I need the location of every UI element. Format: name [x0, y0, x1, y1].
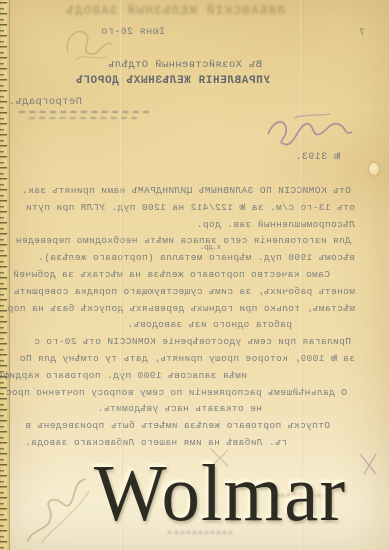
body-line: Отпускъ портоваго желѣза имѣетъ быть про…	[26, 418, 330, 435]
letter-body: Отъ КОМИССІИ ПО ЗАЛИВНЫМЪ ЦИЛИНДРАМЪ нам…	[26, 183, 355, 452]
recipient-department: Въ Хозяйственный Отдѣлъ	[108, 59, 262, 71]
paper-flaw	[369, 163, 379, 175]
wolmar-watermark: Wolmar	[94, 453, 346, 533]
body-line: Лѣсопромышленный зав. дор.	[26, 217, 355, 234]
body-line: Само качество портоваго желѣза на мѣстах…	[26, 267, 330, 284]
body-line: вѣсомъ 1900 пуд. мѣрнаго металла (портов…	[26, 250, 355, 267]
body-line: мѣстамъ, только при годныхъ деревьяхъ до…	[26, 301, 355, 318]
typed-dashed-rule	[19, 111, 149, 113]
ghost-letterhead: ЛИБАВСКІЙ ЖЕЛѢЗНЫЙ ЗАВОДЪ	[65, 3, 285, 18]
body-line: имѣя запасовъ 1900 пуд. портоваго кардиф…	[26, 368, 247, 385]
body-line: О дальнѣйшемъ распоряженіи по сему вопро…	[26, 385, 347, 402]
ink-signature-scribble	[264, 112, 356, 154]
recipient-organization: УПРАВЛЕНІЯ ЖЕЛѢЗНЫХЪ ДОРОГЪ	[76, 75, 270, 87]
body-line: работа одного изъ заводовъ.	[26, 317, 292, 334]
page-number: 7	[359, 28, 365, 39]
body-line: монетъ рабочихъ, за симъ существующаго п…	[26, 284, 355, 301]
body-line: отъ 13-го с/м. за № 122/412 на 1200 пуд.…	[26, 200, 355, 217]
body-line: за № 1009, которое прошу принять, дать т…	[26, 351, 355, 368]
body-line: не отказать насъ увѣдомить.	[26, 401, 262, 418]
scanned-document: ЛИБАВСКІЙ ЖЕЛѢЗНЫЙ ЗАВОДЪ Іюня 26-го 7 В…	[0, 0, 389, 550]
pencil-x-mark	[356, 450, 382, 478]
recipient-city: Петроградъ.	[8, 96, 82, 108]
pencil-scribble	[62, 22, 124, 66]
